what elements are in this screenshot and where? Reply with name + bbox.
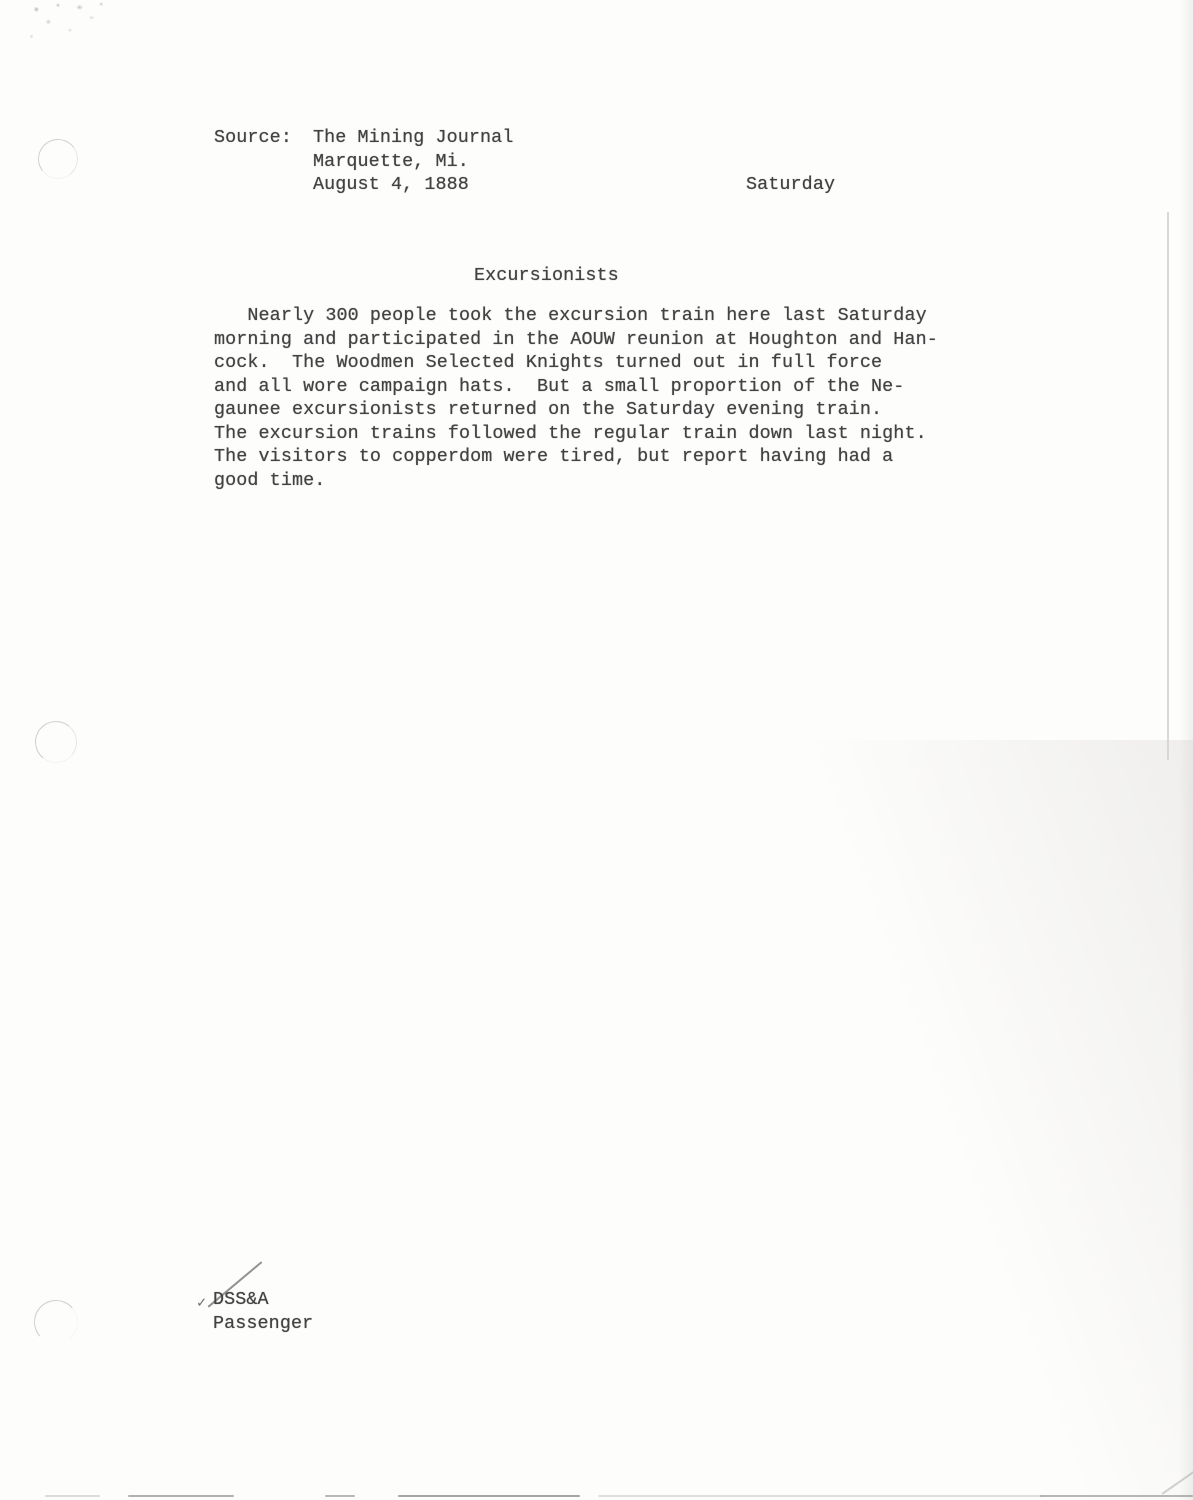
body-line: good time. xyxy=(214,469,938,493)
hole-punch xyxy=(35,136,80,181)
day-of-week: Saturday xyxy=(746,173,835,197)
body-line: cock. The Woodmen Selected Knights turne… xyxy=(214,351,938,375)
page-corner-curl xyxy=(1162,1471,1193,1494)
page-bottom-edge-mark xyxy=(128,1495,234,1497)
scan-shading xyxy=(763,740,1193,1500)
source-label: Source: xyxy=(214,126,292,150)
source-publication: The Mining Journal xyxy=(313,126,513,150)
scan-crease-line xyxy=(1167,212,1169,760)
page-bottom-edge-mark xyxy=(398,1495,580,1497)
filing-annotation: DSS&A Passenger xyxy=(213,1288,313,1335)
body-line: The visitors to copperdom were tired, bu… xyxy=(214,445,938,469)
body-line: and all wore campaign hats. But a small … xyxy=(214,375,938,399)
pencil-checkmark: ✓ xyxy=(197,1293,206,1312)
page-bottom-edge-mark xyxy=(45,1495,100,1497)
hole-punch xyxy=(33,1299,80,1346)
scanned-document-page: Source: The Mining Journal Marquette, Mi… xyxy=(0,0,1193,1500)
page-bottom-edge-mark xyxy=(1040,1495,1193,1497)
body-line: morning and participated in the AOUW reu… xyxy=(214,328,938,352)
page-edge-shadow xyxy=(1179,0,1193,1500)
source-location: Marquette, Mi. xyxy=(313,150,513,174)
filing-category-label: Passenger xyxy=(213,1312,313,1336)
source-details: The Mining Journal Marquette, Mi. August… xyxy=(313,126,513,197)
body-line: The excursion trains followed the regula… xyxy=(214,422,938,446)
hole-punch xyxy=(33,719,79,765)
source-date: August 4, 1888 xyxy=(313,173,513,197)
article-title: Excursionists xyxy=(474,264,619,288)
article-body: Nearly 300 people took the excursion tra… xyxy=(214,304,938,492)
filing-railroad-label: DSS&A xyxy=(213,1288,313,1312)
page-bottom-edge-mark xyxy=(598,1495,1042,1497)
body-line: gaunee excursionists returned on the Sat… xyxy=(214,398,938,422)
scan-speckle-artifact xyxy=(22,0,142,52)
page-bottom-edge-mark xyxy=(325,1495,355,1497)
body-line: Nearly 300 people took the excursion tra… xyxy=(214,304,938,328)
